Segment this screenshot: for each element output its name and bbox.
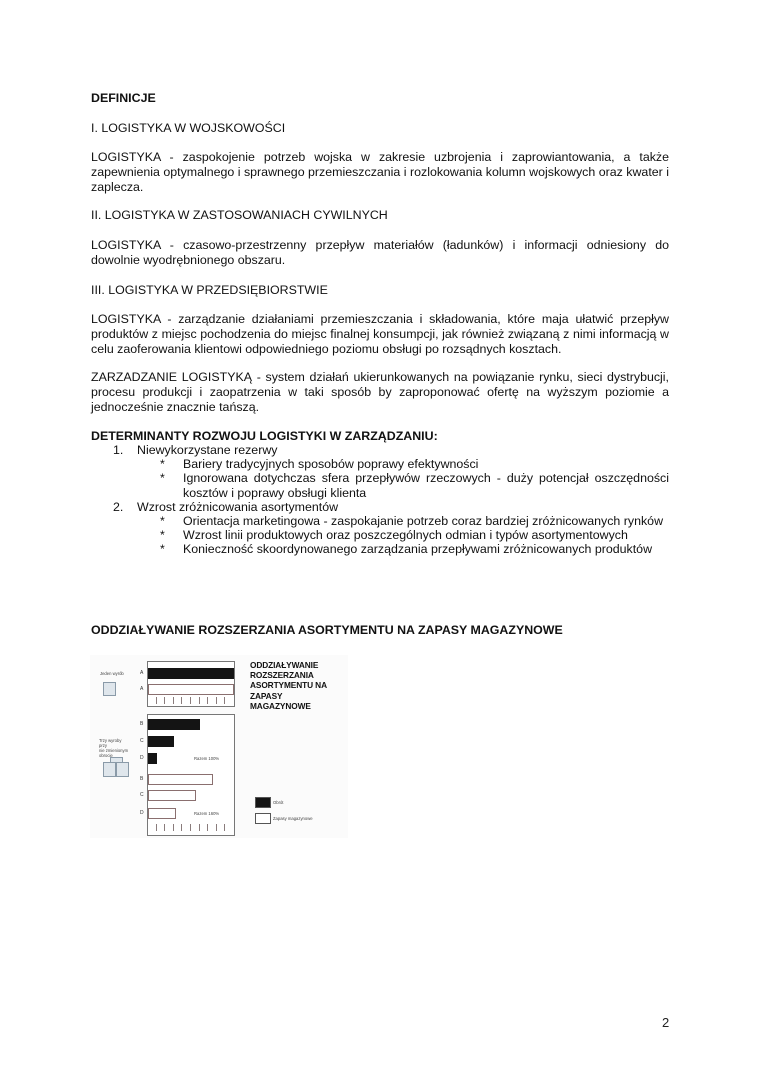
list-number: 2. [113,500,123,514]
document-heading: DEFINICJE [91,91,669,106]
list-subitem: * Bariery tradycyjnych sposobów poprawy … [91,457,669,471]
axis-tick [224,697,225,704]
section-title-enterprise: III. LOGISTYKA W PRZEDSIĘBIORSTWIE [91,283,669,298]
list-subitem-text: Bariery tradycyjnych sposobów poprawy ef… [183,457,478,471]
list-number: 1. [113,443,123,457]
axis-tick [190,697,191,704]
category-label: A [140,686,143,692]
bar-c-stock [148,790,196,801]
list-subitem: * Orientacja marketingowa - zaspokajanie… [91,514,669,528]
category-label: C [140,792,144,798]
axis-tick [181,824,182,831]
bar-d-sales [148,753,157,764]
one-product-label: Jeden wyrób [100,671,124,676]
box-icon [103,762,116,777]
list-item-label: Niewykorzystane rezerwy [137,443,277,457]
single-box-icon [103,682,116,696]
category-label: C [140,738,144,744]
legend-swatch-sales [255,797,271,808]
axis-tick [181,697,182,704]
figure-title: ODDZIAŁYWANIE ROZSZERZANIA ASORTYMENTU N… [250,660,327,711]
definition-military: LOGISTYKA - zaspokojenie potrzeb wojska … [91,150,669,196]
category-label: A [140,670,143,676]
axis-tick [173,697,174,704]
list-item: 1. Niewykorzystane rezerwy [91,443,669,457]
list-subitem-text: Wzrost linii produktowych oraz poszczegó… [183,528,628,542]
page-number: 2 [662,1015,669,1030]
bar-b-stock [148,774,213,785]
category-label: B [140,721,143,727]
list-subitem: * Konieczność skoordynowanego zarządzani… [91,542,669,556]
axis-tick [173,824,174,831]
bar-c-sales [148,736,174,747]
list-item-label: Wzrost zróżnicowania asortymentów [137,500,338,514]
axis-tick [199,697,200,704]
category-label: D [140,755,144,761]
axis-tick [224,824,225,831]
asterisk-bullet-icon: * [160,457,165,471]
bar-a-stock [148,684,234,695]
asterisk-bullet-icon: * [160,528,165,542]
axis-tick [199,824,200,831]
section-title-military: I. LOGISTYKA W WOJSKOWOŚCI [91,121,669,136]
list-subitem: * Wzrost linii produktowych oraz poszcze… [91,528,669,542]
three-products-label: Trzy wyroby przy nie zmienionym obrocie [99,738,128,758]
asterisk-bullet-icon: * [160,471,165,485]
list-subitem-text: Ignorowana dotychczas sfera przepływów r… [183,471,669,499]
bar-d-stock [148,808,176,819]
determinants-list: 1. Niewykorzystane rezerwy * Bariery tra… [91,443,669,557]
category-label: D [140,810,144,816]
definition-enterprise: LOGISTYKA - zarządzanie działaniami prze… [91,312,669,358]
legend-swatch-stock [255,813,271,824]
axis-tick [164,824,165,831]
axis-tick [216,824,217,831]
definition-civil: LOGISTYKA - czasowo-przestrzenny przepły… [91,238,669,268]
axis-tick [156,824,157,831]
total-sales-label: Razem 100% [194,756,219,761]
determinants-title: DETERMINANTY ROZWOJU LOGISTYKI W ZARZĄDZ… [91,429,669,444]
list-subitem: * Ignorowana dotychczas sfera przepływów… [91,471,669,499]
list-subitem-text: Orientacja marketingowa - zaspokajanie p… [183,514,663,528]
axis-tick [164,697,165,704]
axis-tick [216,697,217,704]
category-label: B [140,776,143,782]
legend-label-sales: Obrót [273,800,283,805]
legend-label-stock: Zapasy magazynowe [273,816,313,821]
list-item: 2. Wzrost zróżnicowania asortymentów [91,500,669,514]
bar-a-sales [148,668,234,679]
figure-section-title: ODDZIAŁYWANIE ROZSZERZANIA ASORTYMENTU N… [91,623,669,638]
definition-logistics-management: ZARZADZANIE LOGISTYKĄ - system działań u… [91,370,669,416]
list-subitem-text: Konieczność skoordynowanego zarządzania … [183,542,652,556]
axis-tick [156,697,157,704]
box-icon [116,762,129,777]
axis-tick [207,697,208,704]
axis-tick [207,824,208,831]
total-stock-label: Razem 160% [194,811,219,816]
asterisk-bullet-icon: * [160,514,165,528]
section-title-civil: II. LOGISTYKA W ZASTOSOWANIACH CYWILNYCH [91,208,669,223]
asterisk-bullet-icon: * [160,542,165,556]
assortment-inventory-figure: ODDZIAŁYWANIE ROZSZERZANIA ASORTYMENTU N… [90,655,348,838]
bar-b-sales [148,719,200,730]
axis-tick [190,824,191,831]
